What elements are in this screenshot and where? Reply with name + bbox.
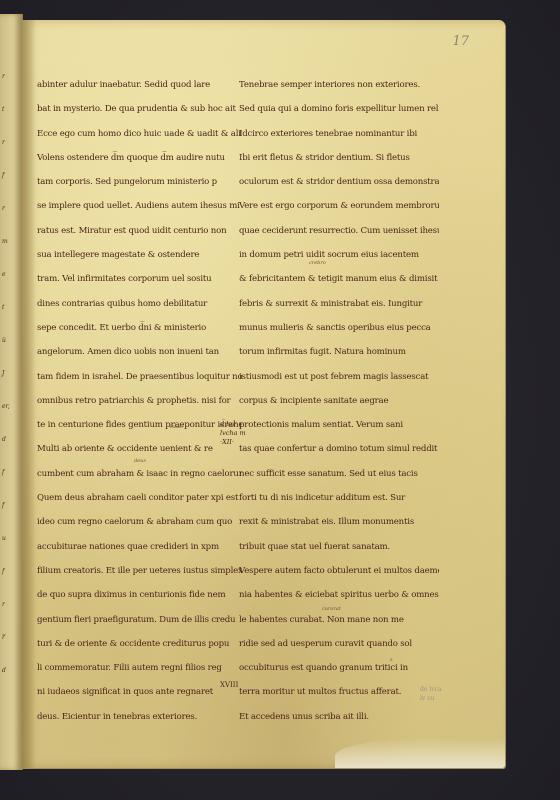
text-line: quae ceciderunt resurrectio. Cum uenisse… <box>239 219 439 243</box>
facing-page-letter: f <box>2 569 4 575</box>
text-line: Sed quia qui a domino foris expellitur l… <box>239 97 439 121</box>
text-line: ideo cum regno caelorum & abraham cum qu… <box>37 510 242 534</box>
text-line: angelorum. Amen dico uobis non inueni ta… <box>37 340 242 364</box>
text-line: Ecce ego cum homo dico huic uade & uadit… <box>37 122 242 146</box>
text-line: nia habentes & eiciebat spiritus uerbo &… <box>239 583 439 607</box>
facing-page-letter: d <box>2 668 6 674</box>
facing-page-edge: rtrfrmetu̅Jer,dffufrr̅̅d <box>0 14 23 770</box>
text-line: tas quae confertur a domino totum simul … <box>239 437 439 461</box>
margin-note-luke-xii: d̅ lev lvcha m ·XII· <box>220 420 246 447</box>
text-line: Vespere autem facto obtulerunt ei multos… <box>239 559 439 583</box>
text-line: corpus & incipiente sanitate aegrae <box>239 389 439 413</box>
text-line: cumbent cum abraham & isaac in regno cae… <box>37 462 242 486</box>
facing-page-letter: r <box>2 74 5 80</box>
text-line: dines contrarias quibus homo debilitatur <box>37 292 242 316</box>
interlinear-gloss-zeta: z <box>390 657 393 663</box>
facing-page-letter: f <box>2 470 4 476</box>
text-line: filium creatoris. Et ille per ueteres iu… <box>37 559 242 583</box>
text-line: li commemoratur. Filii autem regni filio… <box>37 656 242 680</box>
text-line: Et accedens unus scriba ait illi. <box>239 705 439 729</box>
facing-page-letter: t <box>2 107 4 113</box>
text-column-right: Tenebrae semper interiores non exteriore… <box>239 73 439 729</box>
text-line: se implere quod uellet. Audiens autem ih… <box>37 194 242 218</box>
text-line: nec sufficit esse sanatum. Sed ut eius t… <box>239 462 439 486</box>
text-line: & febricitantem & tetigit manum eius & d… <box>239 267 439 291</box>
text-line: gentium fieri praefiguratum. Dum de illi… <box>37 608 242 632</box>
text-line: abinter adulur inaebatur. Sedid quod lar… <box>37 73 242 97</box>
text-line: Tenebrae semper interiores non exteriore… <box>239 73 439 97</box>
text-line: istiusmodi est ut post febrem magis lass… <box>239 365 439 389</box>
text-line: oculorum est & stridor dentium ossa demo… <box>239 170 439 194</box>
text-line: ratus est. Miratur est quod uidit centur… <box>37 219 242 243</box>
interlinear-gloss-curarat: curarat <box>322 606 341 612</box>
text-line: forti tu di nis indicetur additum est. S… <box>239 486 439 510</box>
text-line: ni iudaeos significat in quos ante regna… <box>37 680 242 704</box>
text-line: tribuit quae stat uel fuerat sanatam. <box>239 535 439 559</box>
text-line: occubiturus est quando granum tritici in <box>239 656 439 680</box>
facing-page-letter: f <box>2 503 4 509</box>
text-line: febris & surrexit & ministrabat eis. Iun… <box>239 292 439 316</box>
facing-page-letter: J <box>2 371 4 377</box>
text-line: sepe concedit. Et uerbo d̅ni & ministeri… <box>37 316 242 340</box>
text-line: tam fidem in israhel. De praesentibus lo… <box>37 365 242 389</box>
text-line: terra moritur ut multos fructus afferat. <box>239 680 439 704</box>
pencil-note: de lvca lv cu <box>420 685 442 703</box>
text-line: Idcirco exteriores tenebrae nominantur i… <box>239 122 439 146</box>
text-line: de quo supra diximus in centurionis fide… <box>37 583 242 607</box>
text-line: sua intellegere magestate & ostendere <box>37 243 242 267</box>
text-line: Volens ostendere d̅m quoque d̅m audire n… <box>37 146 242 170</box>
text-line: accubiturae nationes quae credideri in x… <box>37 535 242 559</box>
manuscript-folio: 17 abinter adulur inaebatur. Sedid quod … <box>22 20 505 768</box>
facing-page-letter: e <box>2 272 6 278</box>
facing-page-letter: d <box>2 437 6 443</box>
text-line: Ibi erit fletus & stridor dentium. Si fl… <box>239 146 439 170</box>
interlinear-gloss-crebro: crebro <box>309 260 326 266</box>
facing-page-letter: f <box>2 173 4 179</box>
chapter-number: XVIII <box>220 681 238 690</box>
text-line: te in centurione fides gentium praeponit… <box>37 413 242 437</box>
interlinear-gloss-deus: deus <box>134 458 146 464</box>
facing-page-letter: u̅ <box>2 338 6 344</box>
text-line: bat in mysterio. De qua prudentia & sub … <box>37 97 242 121</box>
text-line: in domum petri uidit socrum eius iacente… <box>239 243 439 267</box>
facing-page-letter: r <box>2 206 5 212</box>
gutter-shadow <box>22 20 36 768</box>
facing-page-letter: m <box>2 239 8 245</box>
water-damage-corner <box>335 738 505 768</box>
facing-page-letter: r̅̅ <box>2 635 5 641</box>
interlinear-gloss-isaac: isaac <box>170 424 183 430</box>
text-line: omnibus retro patriarchis & prophetis. n… <box>37 389 242 413</box>
text-line: tram. Vel infirmitates corporum uel sosi… <box>37 267 242 291</box>
text-line: turi & de oriente & occidente crediturus… <box>37 632 242 656</box>
text-line: deus. Eicientur in tenebras exteriores. <box>37 705 242 729</box>
facing-page-letter: r <box>2 602 5 608</box>
text-line: Vere est ergo corporum & eorundem membro… <box>239 194 439 218</box>
facing-page-letter: t <box>2 305 4 311</box>
text-line: torum infirmitas fugit. Natura hominum <box>239 340 439 364</box>
text-line: munus mulieris & sanctis operibus eius p… <box>239 316 439 340</box>
text-line: protectionis malum sentiat. Verum sani <box>239 413 439 437</box>
facing-page-letter: r <box>2 140 5 146</box>
text-line: ridie sed ad uesperum curavit quando sol <box>239 632 439 656</box>
text-line: tam corporis. Sed pungelorum ministerio … <box>37 170 242 194</box>
text-line: rexit & ministrabat eis. Illum monumenti… <box>239 510 439 534</box>
facing-page-letter: u <box>2 536 6 542</box>
facing-page-letter: er, <box>2 404 10 410</box>
folio-number: 17 <box>452 34 469 49</box>
text-column-left: abinter adulur inaebatur. Sedid quod lar… <box>37 73 242 729</box>
text-line: Quem deus abraham caeli conditor pater x… <box>37 486 242 510</box>
